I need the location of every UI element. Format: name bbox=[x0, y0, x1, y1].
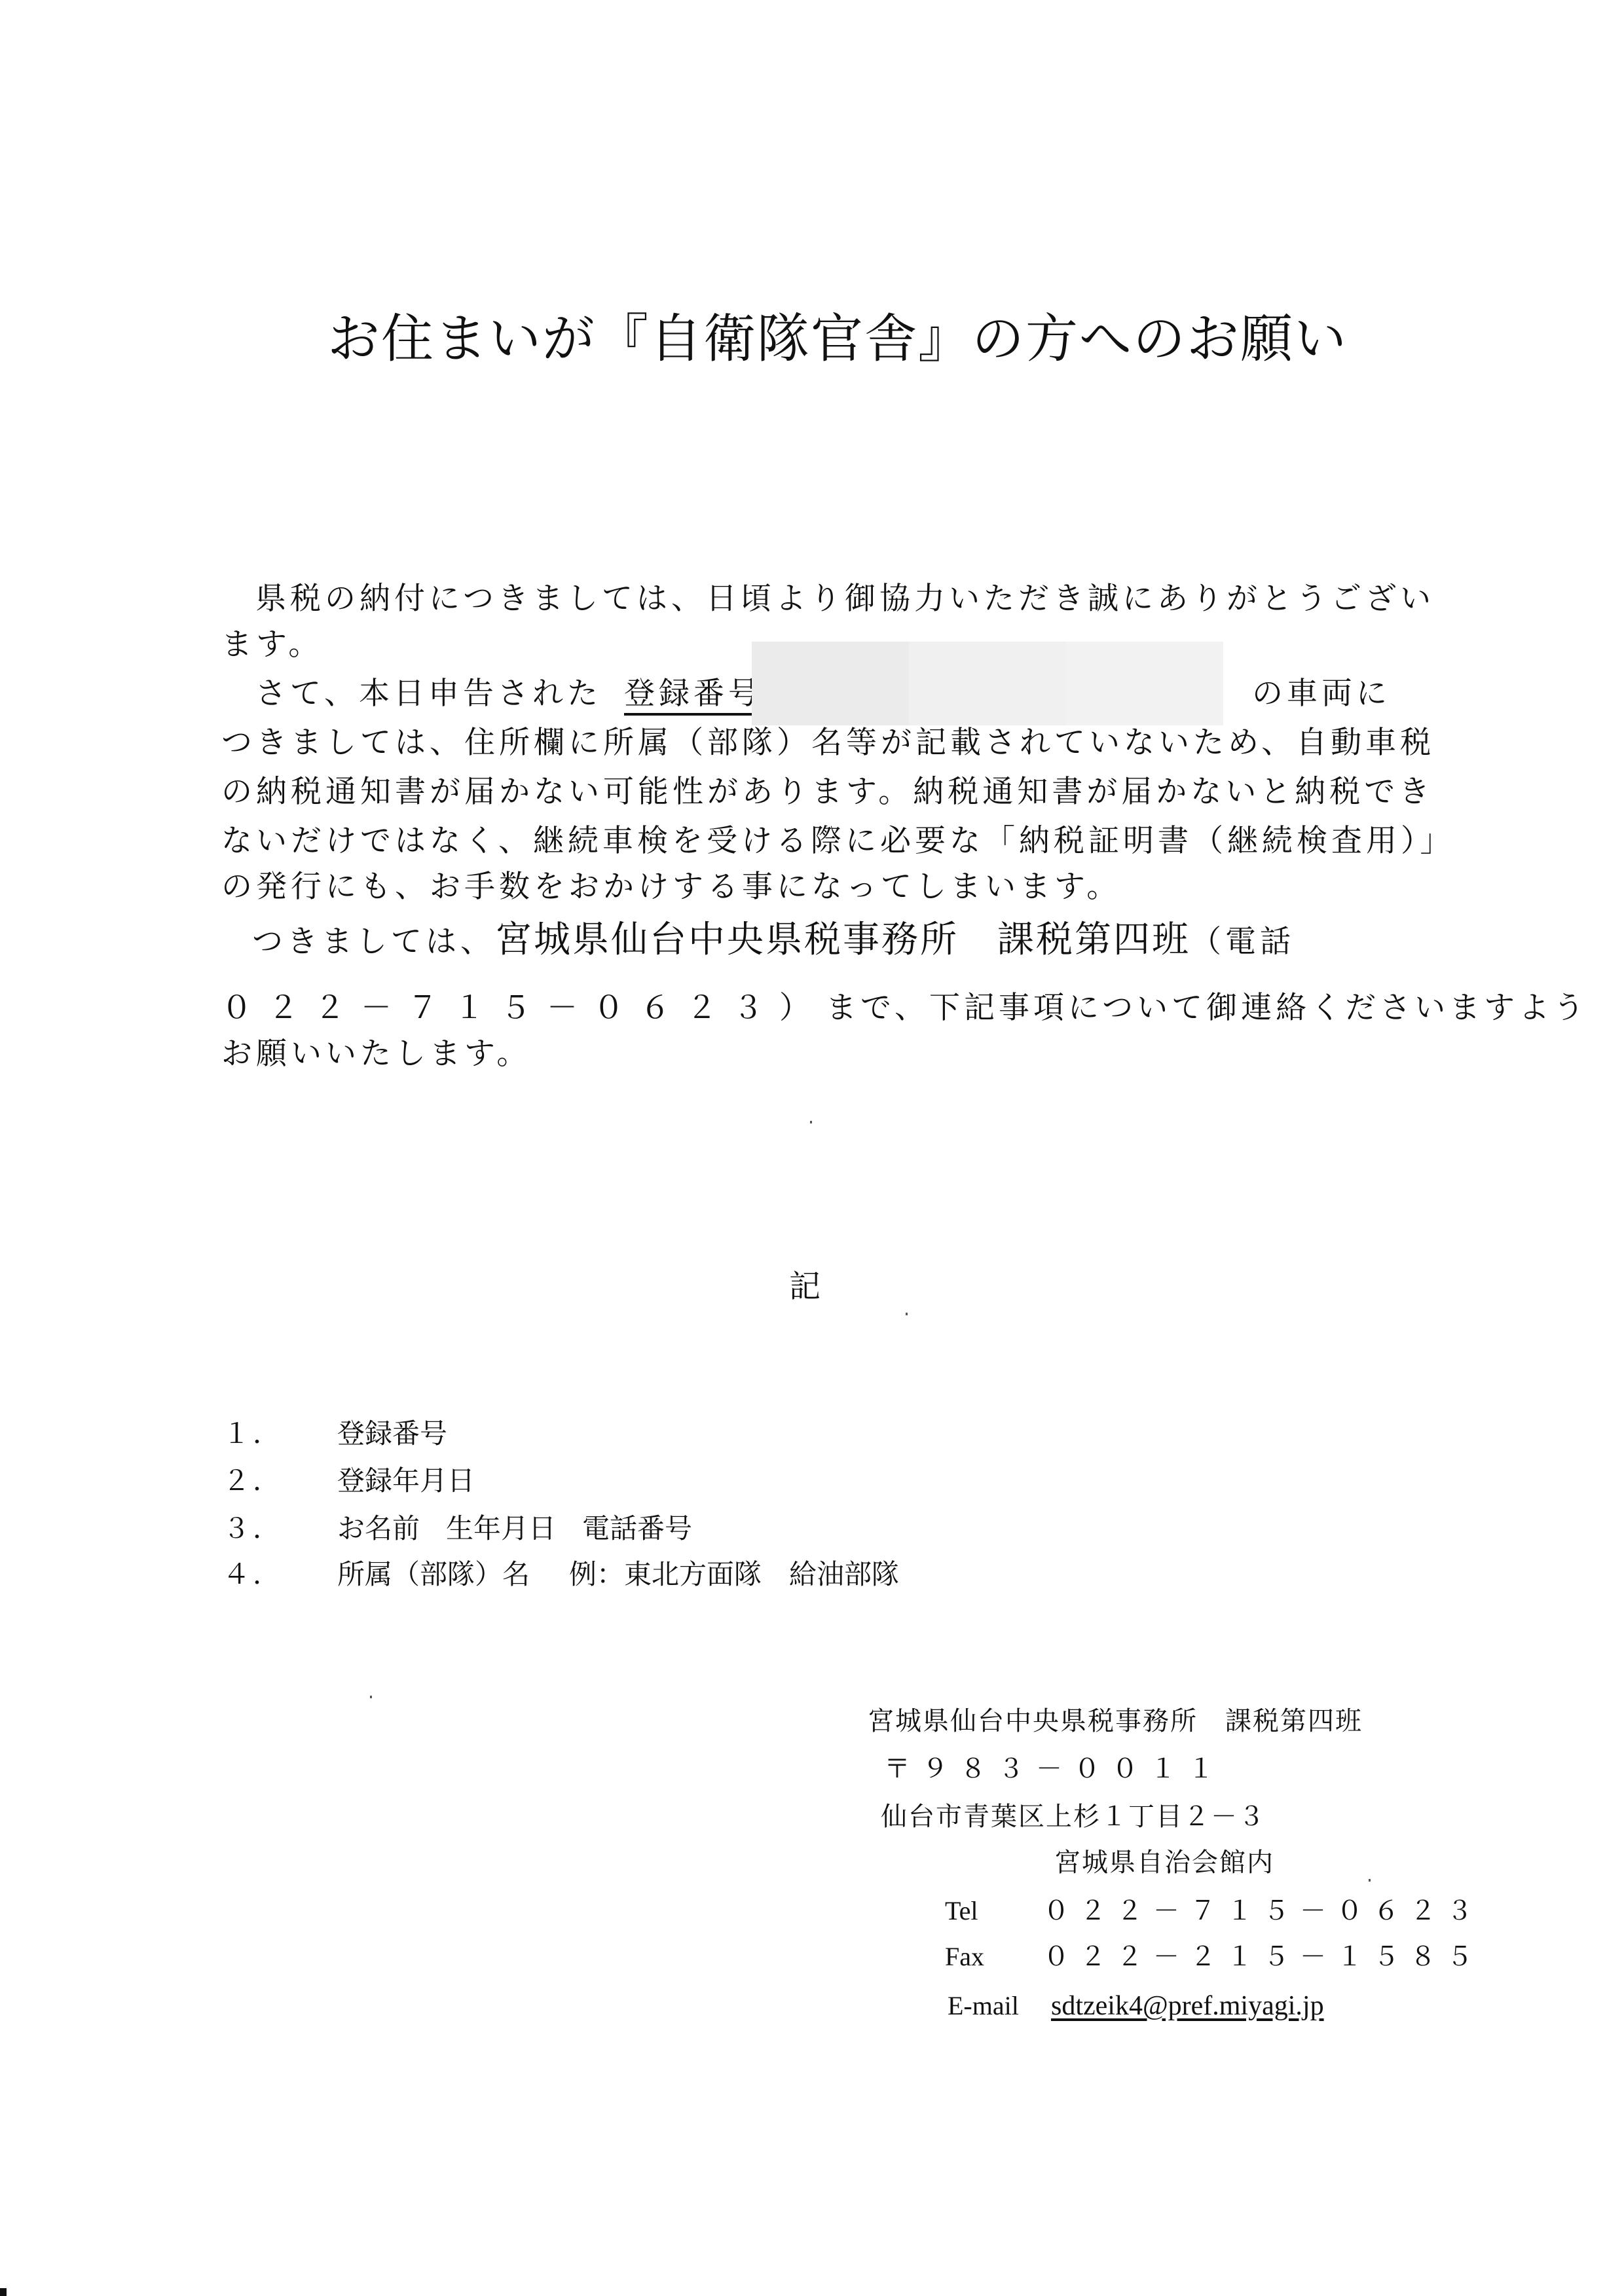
redaction-block bbox=[752, 642, 909, 725]
redacted-registration-number bbox=[752, 642, 1223, 725]
registration-number-label: 登録番号 bbox=[624, 676, 763, 716]
body-text-line: の納税通知書が届かない可能性があります。納税通知書が届かないと納税でき bbox=[221, 773, 1433, 812]
list-text-part: 登録番号 bbox=[337, 1417, 447, 1449]
list-number: ３． bbox=[223, 1510, 337, 1547]
body-text-line: の発行にも、お手数をおかけする事になってしまいます。 bbox=[221, 867, 1121, 907]
list-text-part: 所属（部隊）名 bbox=[337, 1558, 530, 1590]
body-text-line: ます。 bbox=[221, 625, 323, 665]
body-text-fragment: （電話 bbox=[1190, 924, 1295, 960]
list-number: ４． bbox=[223, 1556, 337, 1593]
list-text-part: お名前 bbox=[337, 1512, 420, 1544]
contact-email-row: E-mail sdtzeik4@pref.miyagi.jp bbox=[948, 1988, 1324, 2024]
body-text-fragment: つきましては、 bbox=[252, 924, 495, 960]
list-text-part: 電話番号 bbox=[582, 1512, 692, 1544]
body-text-line: お願いいたします。 bbox=[221, 1034, 531, 1074]
list-text-part: 生年月日 bbox=[446, 1512, 556, 1544]
ki-heading: 記 bbox=[789, 1267, 821, 1306]
list-number: ２． bbox=[223, 1463, 337, 1499]
body-text-line: 県税の納付につきましては、日頃より御協力いただき誠にありがとうござい bbox=[255, 579, 1435, 619]
sender-office: 宮城県仙台中央県税事務所 課税第四班 bbox=[868, 1704, 1363, 1739]
body-text-line: つきましては、宮城県仙台中央県税事務所 課税第四班（電話 bbox=[252, 917, 1295, 966]
office-name-emphasis: 宮城県仙台中央県税事務所 課税第四班 bbox=[495, 919, 1190, 961]
scan-speck bbox=[1369, 1879, 1371, 1882]
contact-fax-row: Fax ０２２－２１５－１５８５ bbox=[945, 1939, 1483, 1975]
list-text: 登録年月日 bbox=[337, 1463, 501, 1499]
scan-corner-mark bbox=[0, 2288, 7, 2296]
phone-number: ０２２－７１５－０６２３） bbox=[221, 990, 826, 1026]
body-text-fragment: さて、本日申告された bbox=[255, 676, 602, 712]
tel-label: Tel bbox=[945, 1893, 1043, 1929]
scan-speck bbox=[370, 1696, 372, 1698]
email-link[interactable]: sdtzeik4@pref.miyagi.jp bbox=[1051, 1988, 1324, 2024]
list-text: お名前生年月日電話番号 bbox=[337, 1510, 718, 1547]
scan-speck bbox=[810, 1121, 812, 1123]
list-item: ４． 所属（部隊）名例：東北方面隊 給油部隊 bbox=[223, 1556, 925, 1593]
list-text: 所属（部隊）名例：東北方面隊 給油部隊 bbox=[337, 1556, 925, 1593]
email-label: E-mail bbox=[948, 1988, 1033, 2024]
list-text-part: 登録年月日 bbox=[337, 1465, 475, 1497]
fax-label: Fax bbox=[945, 1939, 1043, 1975]
list-item: ３． お名前生年月日電話番号 bbox=[223, 1510, 718, 1547]
scan-speck bbox=[906, 1313, 908, 1315]
body-text-fragment: まで、下記事項について御連絡くださいますよう bbox=[826, 990, 1588, 1026]
body-text-fragment: の車両に bbox=[1252, 674, 1391, 714]
list-text-part: 例：東北方面隊 給油部隊 bbox=[569, 1558, 899, 1590]
list-item: １． 登録番号 bbox=[223, 1415, 473, 1452]
list-item: ２． 登録年月日 bbox=[223, 1463, 501, 1499]
list-text: 登録番号 bbox=[337, 1415, 473, 1452]
sender-building: 宮城県自治会館内 bbox=[1054, 1845, 1274, 1880]
sender-postal-code: 〒９８３－００１１ bbox=[884, 1751, 1226, 1787]
fax-value: ０２２－２１５－１５８５ bbox=[1043, 1939, 1483, 1975]
page-title: お住まいが『自衛隊官舎』の方へのお願い bbox=[327, 308, 1348, 371]
tel-value: ０２２－７１５－０６２３ bbox=[1043, 1893, 1483, 1929]
contact-tel-row: Tel ０２２－７１５－０６２３ bbox=[945, 1893, 1483, 1929]
body-text-line: つきましては、住所欄に所属（部隊）名等が記載されていないため、自動車税 bbox=[221, 723, 1435, 763]
sender-address: 仙台市青葉区上杉１丁目２－３ bbox=[881, 1799, 1266, 1834]
body-text-line: ないだけではなく、継続車検を受ける際に必要な「納税証明書（継続検査用）」 bbox=[221, 822, 1455, 861]
list-number: １． bbox=[223, 1415, 337, 1452]
body-text-line: さて、本日申告された登録番号 bbox=[255, 674, 763, 714]
redaction-block bbox=[909, 642, 1066, 725]
body-text-line: ０２２－７１５－０６２３）まで、下記事項について御連絡くださいますよう bbox=[221, 989, 1588, 1028]
redaction-block bbox=[1066, 642, 1223, 725]
